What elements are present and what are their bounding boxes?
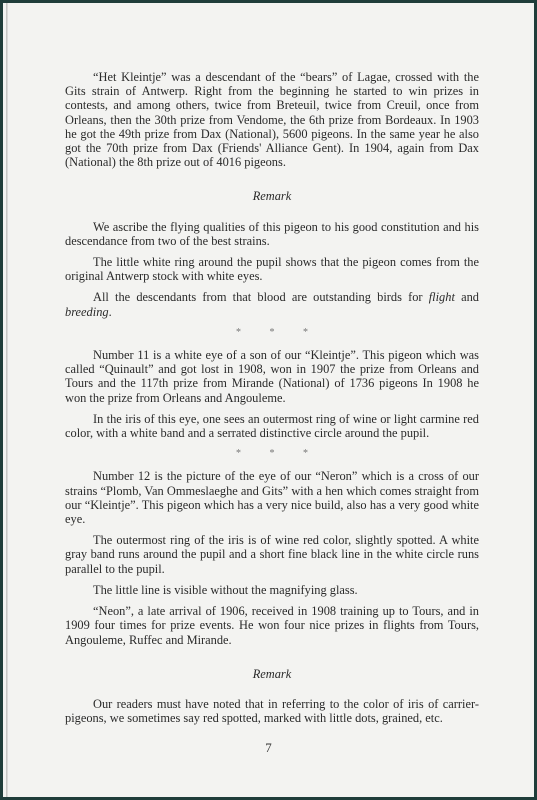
paragraph-little-line: The little line is visible without the m… [65, 583, 479, 597]
paragraph-iris-description-12: The outermost ring of the iris is of win… [65, 533, 479, 576]
paragraph-white-ring: The little white ring around the pupil s… [65, 255, 479, 283]
paragraph-iris-color-note: Our readers must have noted that in refe… [65, 697, 479, 725]
section-separator: * * * [65, 447, 479, 461]
page-body: “Het Kleintje” was a descendant of the “… [65, 70, 479, 732]
paragraph-number-12: Number 12 is the picture of the eye of o… [65, 469, 479, 526]
book-page: “Het Kleintje” was a descendant of the “… [3, 3, 534, 797]
section-separator: * * * [65, 326, 479, 340]
paragraph-number-11: Number 11 is a white eye of a son of our… [65, 348, 479, 405]
emphasis-flight: flight [429, 290, 455, 304]
page-binding-edge [6, 3, 8, 797]
paragraph-kleintje-history: “Het Kleintje” was a descendant of the “… [65, 70, 479, 169]
paragraph-iris-description-11: In the iris of this eye, one sees an out… [65, 412, 479, 440]
emphasis-breeding: breeding [65, 305, 109, 319]
remark-heading: Remark [65, 189, 479, 203]
page-number: 7 [3, 740, 534, 756]
paragraph-flying-qualities: We ascribe the flying qualities of this … [65, 220, 479, 248]
remark-heading: Remark [65, 667, 479, 681]
paragraph-neon: “Neon”, a late arrival of 1906, received… [65, 604, 479, 647]
paragraph-descendants: All the descendants from that blood are … [65, 290, 479, 318]
